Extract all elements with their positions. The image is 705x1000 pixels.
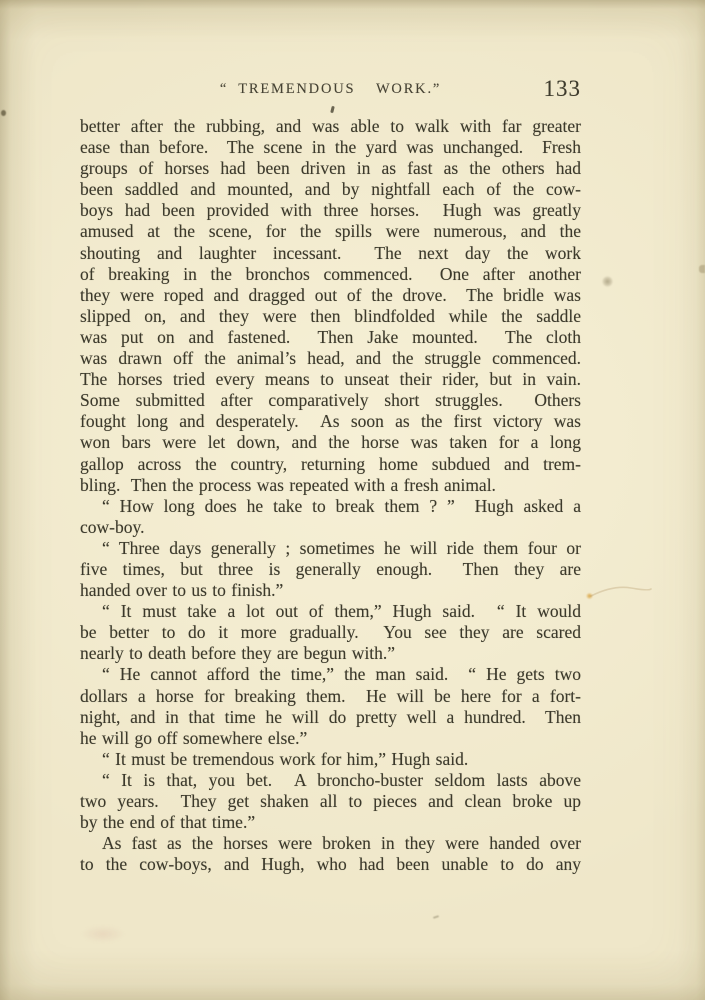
ink-speck-left-edge — [1, 110, 6, 116]
text-line: be better to do it more gradually. You s… — [80, 622, 581, 643]
text-line: “ It is that, you bet. A broncho-buster … — [80, 770, 581, 791]
text-line: he will go off somewhere else.” — [80, 728, 581, 749]
foxing-spot — [602, 276, 613, 287]
text-line: “ How long does he take to break them ? … — [80, 496, 581, 517]
text-line: was put on and fastened. Then Jake mount… — [80, 327, 581, 348]
text-block: better after the rubbing, and was able t… — [80, 116, 581, 875]
text-line: dollars a horse for breaking them. He wi… — [80, 686, 581, 707]
stray-ink-fleck — [330, 106, 335, 114]
text-line: groups of horses had been driven in as f… — [80, 158, 581, 179]
text-line: was drawn off the animal’s head, and the… — [80, 348, 581, 369]
text-line: been saddled and mounted, and by nightfa… — [80, 179, 581, 200]
text-line: two years. They get shaken all to pieces… — [80, 791, 581, 812]
text-line: better after the rubbing, and was able t… — [80, 116, 581, 137]
text-line: they were roped and dragged out of the d… — [80, 285, 581, 306]
text-line: cow-boy. — [80, 517, 581, 538]
text-line: to the cow-boys, and Hugh, who had been … — [80, 854, 581, 875]
text-line: amused at the scene, for the spills were… — [80, 221, 581, 242]
text-line: ease than before. The scene in the yard … — [80, 137, 581, 158]
text-line: gallop across the country, returning hom… — [80, 454, 581, 475]
text-line: night, and in that time he will do prett… — [80, 707, 581, 728]
text-line: nearly to death before they are begun wi… — [80, 643, 581, 664]
text-line: boys had been provided with three horses… — [80, 200, 581, 221]
text-line: fought long and desperately. As soon as … — [80, 411, 581, 432]
text-line: handed over to us to finish.” — [80, 580, 581, 601]
page-header: “ TREMENDOUS WORK.” 133 — [80, 81, 581, 105]
text-line: bling. Then the process was repeated wit… — [80, 475, 581, 496]
book-page: “ TREMENDOUS WORK.” 133 better after the… — [0, 0, 705, 1000]
text-line: “ It must be tremendous work for him,” H… — [80, 749, 581, 770]
text-line: The horses tried every means to unseat t… — [80, 369, 581, 390]
text-line: slipped on, and they were then blindfold… — [80, 306, 581, 327]
page-edge-notch — [699, 265, 705, 273]
running-title: “ TREMENDOUS WORK.” — [80, 81, 581, 98]
text-line: won bars were let down, and the horse wa… — [80, 432, 581, 453]
text-line: of breaking in the bronchos commenced. O… — [80, 264, 581, 285]
text-line: shouting and laughter incessant. The nex… — [80, 243, 581, 264]
text-line: Some submitted after comparatively short… — [80, 390, 581, 411]
smudge-mark — [585, 580, 657, 602]
page-number: 133 — [544, 76, 582, 102]
faint-pink-smudge — [82, 926, 124, 942]
tiny-dash-mark — [433, 915, 439, 919]
text-line: five times, but three is generally enoug… — [80, 559, 581, 580]
text-line: “ It must take a lot out of them,” Hugh … — [80, 601, 581, 622]
text-line: “ Three days generally ; sometimes he wi… — [80, 538, 581, 559]
text-line: by the end of that time.” — [80, 812, 581, 833]
text-line: As fast as the horses were broken in the… — [80, 833, 581, 854]
orange-stain-dot — [586, 593, 593, 599]
text-line: “ He cannot afford the time,” the man sa… — [80, 664, 581, 685]
